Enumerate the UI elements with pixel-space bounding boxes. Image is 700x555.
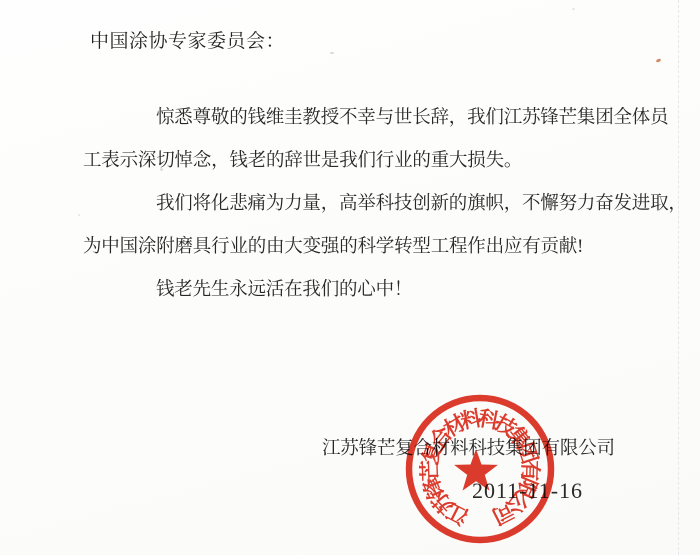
body-line: 工表示深切悼念，钱老的辞世是我们行业的重大损失。 [83, 140, 655, 183]
scan-speck [245, 248, 248, 251]
scan-speck [572, 8, 575, 10]
recipient-line: 中国涂协专家委员会： [90, 30, 285, 54]
scan-speck [656, 58, 662, 63]
scan-speck [78, 214, 80, 216]
star-icon [454, 449, 498, 491]
body-line: 为中国涂附磨具行业的由大变强的科学转型工程作出应有贡献! [83, 226, 655, 269]
letter-body: 惊悉尊敬的钱维圭教授不幸与世长辞，我们江苏锋芒集团全体员 工表示深切悼念，钱老的… [83, 97, 655, 312]
scanned-letter-page: 中国涂协专家委员会： 惊悉尊敬的钱维圭教授不幸与世长辞，我们江苏锋芒集团全体员 … [0, 0, 700, 555]
company-seal-stamp: 江苏锋芒复合材料科技集团有限公司 [398, 387, 562, 551]
body-line: 我们将化悲痛为力量，高举科技创新的旗帜，不懈努力奋发进取， [83, 183, 655, 226]
scanner-edge-line [678, 0, 679, 555]
body-line: 钱老先生永远活在我们的心中！ [83, 269, 655, 312]
scan-speck [160, 168, 163, 171]
scan-speck [330, 52, 334, 54]
body-line: 惊悉尊敬的钱维圭教授不幸与世长辞，我们江苏锋芒集团全体员 [83, 97, 655, 140]
